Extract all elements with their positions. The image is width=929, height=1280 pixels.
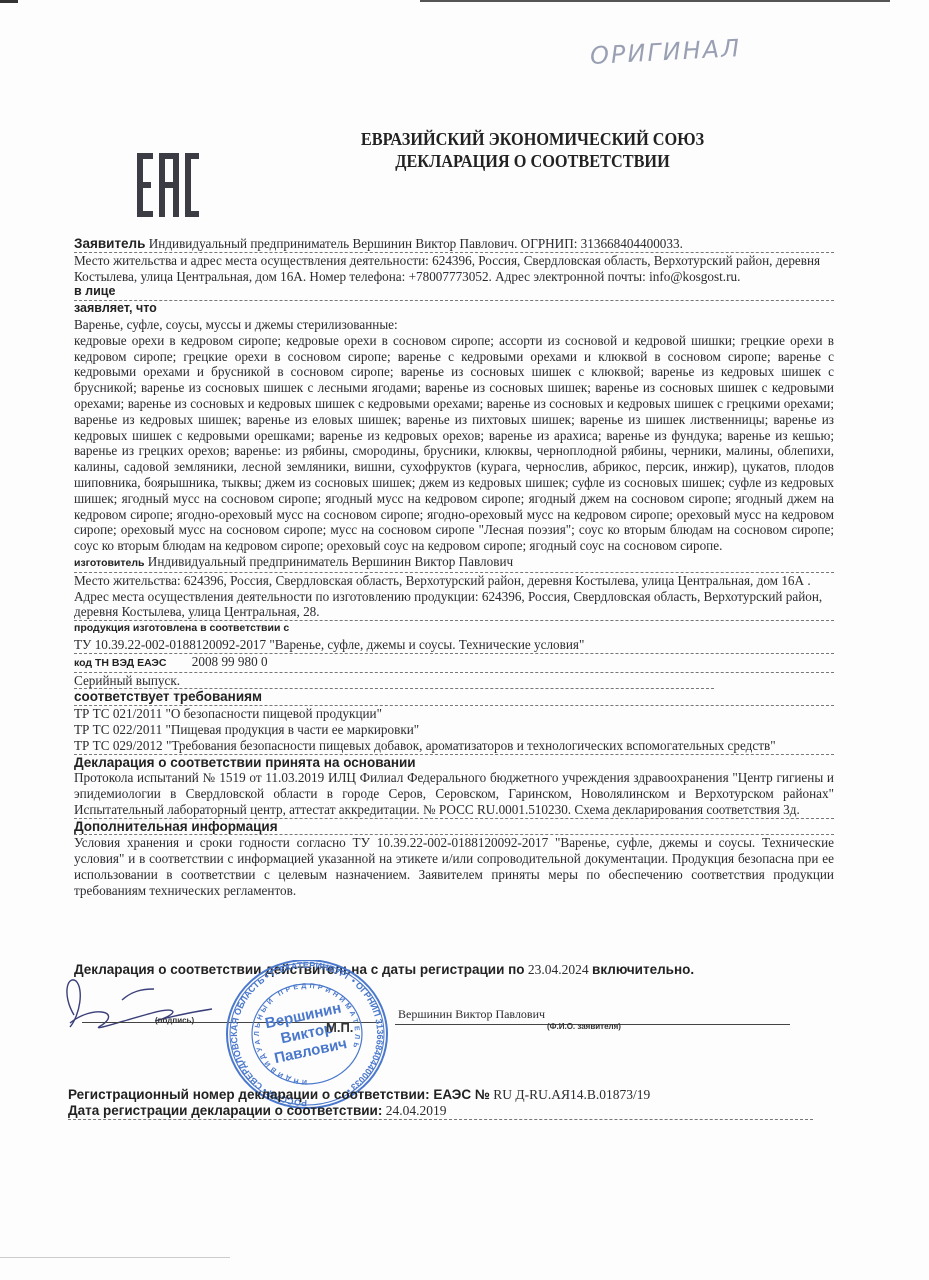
scan-artifact	[0, 1257, 230, 1258]
product-list: кедровые орехи в кедровом сиропе; кедров…	[74, 333, 834, 554]
standard-value: ТУ 10.39.22-002-0188120092-2017 "Варенье…	[74, 637, 834, 654]
manufacturer-row: изготовитель Индивидуальный предпринимат…	[74, 554, 834, 573]
requirements-label: соответствует требованиям	[74, 689, 834, 706]
registration-number-value: RU Д-RU.АЯ14.В.01873/19	[493, 1087, 650, 1102]
eac-mark-icon	[137, 153, 199, 217]
basis-text: Протокола испытаний № 1519 от 11.03.2019…	[74, 770, 834, 818]
hs-code-label: код ТН ВЭД ЕАЭС	[74, 657, 166, 669]
manufacturer-name: Индивидуальный предприниматель Вершинин …	[148, 554, 513, 569]
validity-date: 23.04.2024	[528, 962, 589, 977]
fio-caption: (Ф.И.О. заявителя)	[547, 1022, 621, 1031]
registration-date-row: Дата регистрации декларации о соответств…	[68, 1103, 813, 1120]
registration-date-label: Дата регистрации декларации о соответств…	[68, 1103, 382, 1118]
additional-text: Условия хранения и сроки годности соглас…	[74, 835, 834, 898]
applicant-row: Заявитель Индивидуальный предприниматель…	[74, 236, 834, 253]
applicant-address: Место жительства и адрес места осуществл…	[74, 253, 834, 285]
declares-label: заявляет, что	[74, 301, 834, 317]
applicant-fio: Вершинин Виктор Павлович	[398, 1007, 545, 1022]
mp-label: М.П.	[326, 1020, 353, 1035]
product-heading: Варенье, суфле, соусы, муссы и джемы сте…	[74, 317, 834, 333]
declaration-body: Заявитель Индивидуальный предприниматель…	[74, 236, 834, 899]
applicant-name: Индивидуальный предприниматель Вершинин …	[149, 236, 683, 251]
handwritten-signature	[62, 975, 222, 1035]
release-type: Серийный выпуск.	[74, 673, 714, 690]
requirement-item: ТР ТС 029/2012 "Требования безопасности …	[74, 738, 834, 755]
additional-label: Дополнительная информация	[74, 819, 834, 836]
hs-code-value: 2008 99 980 0	[192, 654, 268, 669]
title-line-2: ДЕКЛАРАЦИЯ О СООТВЕТСТВИИ	[300, 150, 765, 172]
handwritten-note: ОРИГИНАЛ	[589, 34, 741, 70]
signature-caption: (подпись)	[155, 1016, 194, 1025]
registration-number-label: Регистрационный номер декларации о соотв…	[68, 1087, 490, 1102]
scan-edge	[0, 0, 929, 3]
in-person-label: в лице	[74, 284, 834, 301]
applicant-label: Заявитель	[74, 236, 145, 251]
registration-date-value: 24.04.2019	[386, 1103, 447, 1118]
manufacturer-label: изготовитель	[74, 557, 145, 569]
manufacturer-address: Место жительства: 624396, Россия, Свердл…	[74, 573, 834, 621]
title-line-1: ЕВРАЗИЙСКИЙ ЭКОНОМИЧЕСКИЙ СОЮЗ	[300, 128, 765, 150]
requirement-item: ТР ТС 022/2011 "Пищевая продукция в част…	[74, 722, 834, 738]
registration-number-row: Регистрационный номер декларации о соотв…	[68, 1087, 650, 1103]
standard-label: продукция изготовлена в соответствии с	[74, 621, 834, 637]
hs-code-row: код ТН ВЭД ЕАЭС 2008 99 980 0	[74, 654, 834, 673]
document-title: ЕВРАЗИЙСКИЙ ЭКОНОМИЧЕСКИЙ СОЮЗ ДЕКЛАРАЦИ…	[300, 128, 765, 172]
requirement-item: ТР ТС 021/2011 "О безопасности пищевой п…	[74, 706, 834, 722]
basis-label: Декларация о соответствии принята на осн…	[74, 755, 834, 771]
